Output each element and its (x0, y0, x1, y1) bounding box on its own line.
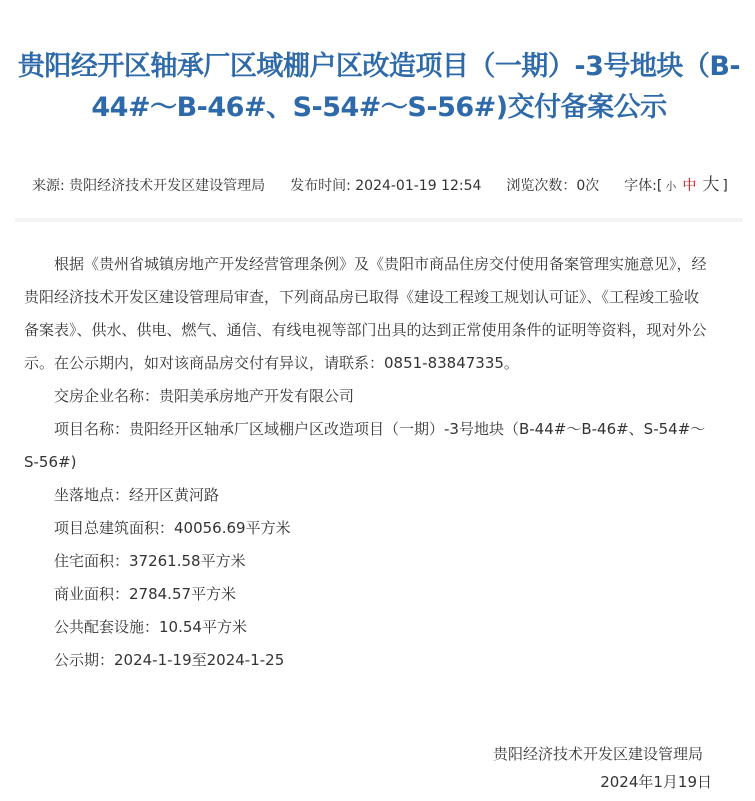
info-project-name: 项目名称：贵阳经开区轴承厂区域棚户区改造项目（一期）-3号地块（B-44#～B-… (24, 413, 712, 479)
source-value: 贵阳经济技术开发区建设管理局 (69, 178, 265, 194)
article-body: 根据《贵州省城镇房地产开发经营管理条例》及《贵阳市商品住房交付使用备案管理实施意… (24, 248, 712, 677)
font-size-bracket: ] (722, 178, 727, 194)
info-total-area: 项目总建筑面积：40056.69平方米 (24, 512, 712, 545)
info-location: 坐落地点：经开区黄河路 (24, 479, 712, 512)
publish-time: 2024-01-19 12:54 (355, 178, 481, 194)
font-size-large-button[interactable]: 大 (699, 175, 722, 195)
article-title: 贵阳经开区轴承厂区域棚户区改造项目（一期）-3号地块（B-44#～B-46#、S… (15, 46, 743, 128)
info-notice-period: 公示期：2024-1-19至2024-1-25 (24, 644, 712, 677)
info-residential-area: 住宅面积：37261.58平方米 (24, 545, 712, 578)
views-label: 浏览次数： (506, 178, 576, 194)
info-commercial-area: 商业面积：2784.57平方米 (24, 578, 712, 611)
publish-label: 发布时间: (290, 178, 351, 194)
font-size-label: 字体:[ (624, 178, 662, 194)
article-meta: 来源: 贵阳经济技术开发区建设管理局 发布时间: 2024-01-19 12:5… (32, 170, 728, 195)
signature-org: 贵阳经济技术开发区建设管理局 (493, 738, 703, 771)
font-size-small-button[interactable]: 小 (662, 180, 679, 193)
views-count: 0次 (576, 178, 599, 194)
source-label: 来源: (32, 178, 65, 194)
info-public-facilities: 公共配套设施：10.54平方米 (24, 611, 712, 644)
intro-paragraph: 根据《贵州省城镇房地产开发经营管理条例》及《贵阳市商品住房交付使用备案管理实施意… (24, 248, 712, 380)
info-developer: 交房企业名称：贵阳美承房地产开发有限公司 (24, 380, 712, 413)
separator (15, 218, 743, 222)
font-size-medium-button[interactable]: 中 (679, 178, 699, 194)
signature-date: 2024年1月19日 (600, 771, 712, 792)
